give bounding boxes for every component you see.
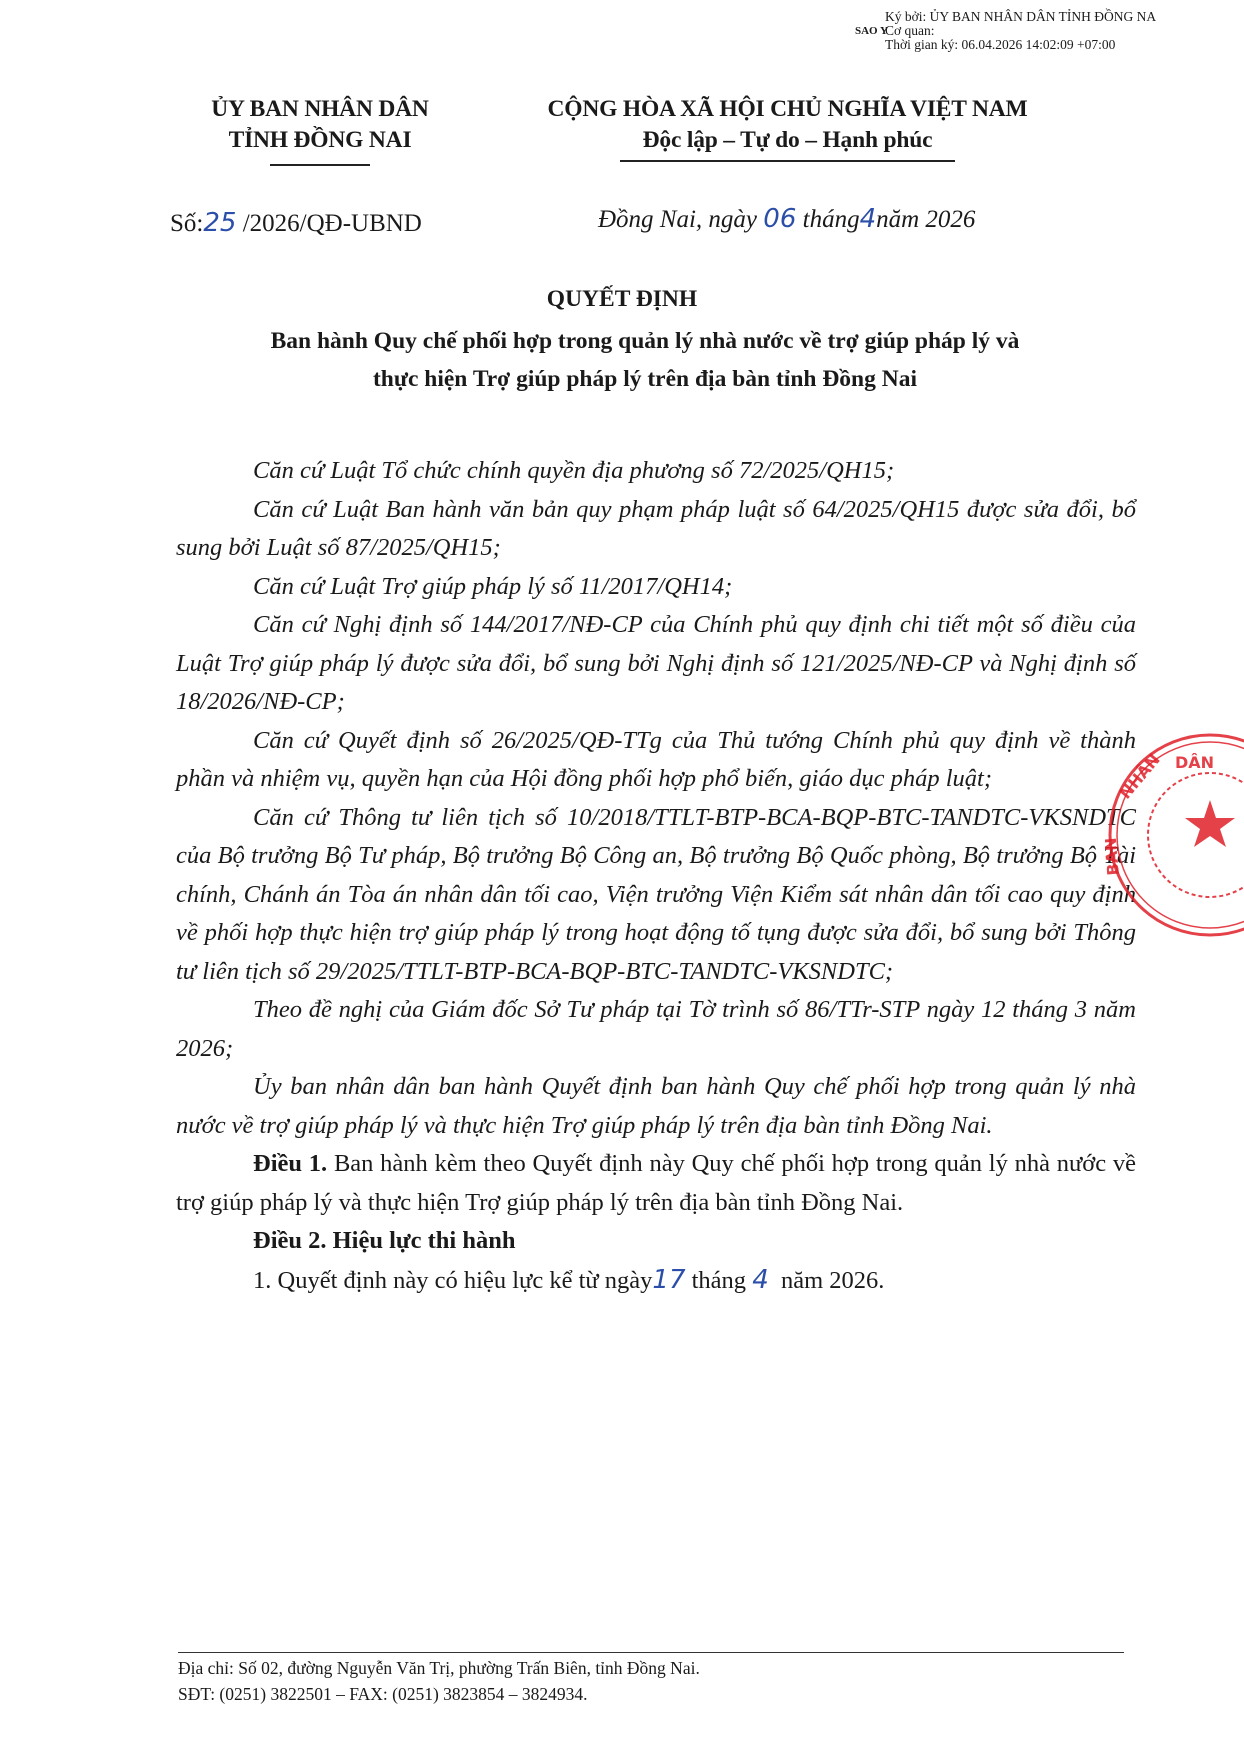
motto: Độc lập – Tự do – Hạnh phúc [475,125,1100,156]
article-2-clause-1: 1. Quyết định này có hiệu lực kể từ ngày… [176,1261,1136,1301]
svg-text:DÂN: DÂN [1175,753,1214,772]
star-icon [1185,800,1235,847]
preamble-item: Căn cứ Quyết định số 26/2025/QĐ-TTg của … [176,722,1136,799]
issuer-line-2: TỈNH ĐỒNG NAI [170,125,470,156]
preamble-item: Căn cứ Luật Trợ giúp pháp lý số 11/2017/… [176,568,1136,607]
issuer-underline [270,164,370,166]
handwritten-effective-month: 4 [752,1265,769,1295]
svg-text:BAN: BAN [1105,837,1123,876]
handwritten-effective-day: 17 [652,1265,685,1295]
handwritten-number: 25 [203,208,236,238]
article-1: Điều 1. Ban hành kèm theo Quyết định này… [176,1145,1136,1222]
svg-text:NHÂN: NHÂN [1116,750,1164,802]
footer-address: Địa chỉ: Số 02, đường Nguyễn Văn Trị, ph… [178,1655,700,1681]
signed-by-line: Ký bởi: ỦY BAN NHÂN DÂN TỈNH ĐỒNG NA [885,10,1244,24]
document-body: Căn cứ Luật Tổ chức chính quyền địa phươ… [176,452,1136,1300]
footer-divider [178,1652,1124,1653]
document-number: Số:25 /2026/QĐ-UBND [170,208,422,238]
preamble-item: Ủy ban nhân dân ban hành Quyết định ban … [176,1068,1136,1145]
nation-name: CỘNG HÒA XÃ HỘI CHỦ NGHĨA VIỆT NAM [475,94,1100,125]
preamble-item: Căn cứ Luật Tổ chức chính quyền địa phươ… [176,452,1136,491]
document-title: QUYẾT ĐỊNH [0,286,1244,313]
issue-date: Đồng Nai, ngày 06 tháng4năm 2026 [598,204,975,234]
handwritten-day: 06 [763,204,796,234]
footer-phone: SĐT: (0251) 3822501 – FAX: (0251) 382385… [178,1681,700,1707]
national-motto-block: CỘNG HÒA XÃ HỘI CHỦ NGHĨA VIỆT NAM Độc l… [475,94,1100,162]
signed-time-line: Thời gian ký: 06.04.2026 14:02:09 +07:00 [885,38,1244,52]
issuer-block: ỦY BAN NHÂN DÂN TỈNH ĐỒNG NAI [170,94,470,166]
document-subtitle: Ban hành Quy chế phối hợp trong quản lý … [150,322,1140,398]
digital-signature-block: SAO Y Ký bởi: ỦY BAN NHÂN DÂN TỈNH ĐỒNG … [885,10,1244,52]
preamble-item: Căn cứ Luật Ban hành văn bản quy phạm ph… [176,491,1136,568]
preamble-item: Căn cứ Nghị định số 144/2017/NĐ-CP của C… [176,606,1136,722]
article-1-label: Điều 1. [253,1150,327,1177]
preamble-item: Theo đề nghị của Giám đốc Sở Tư pháp tại… [176,991,1136,1068]
preamble-item: Căn cứ Thông tư liên tịch số 10/2018/TTL… [176,799,1136,992]
copy-label: SAO Y [855,24,888,38]
signed-time-value: 06.04.2026 14:02:09 +07:00 [962,37,1116,52]
article-2-heading: Điều 2. Hiệu lực thi hành [176,1222,1136,1261]
agency-line: Cơ quan: [885,24,1244,38]
issuer-line-1: ỦY BAN NHÂN DÂN [170,94,470,125]
official-seal-stamp: DÂN NHÂN BAN [1105,730,1244,940]
motto-underline [620,160,955,162]
handwritten-month: 4 [860,204,877,234]
signed-by-value: ỦY BAN NHÂN DÂN TỈNH ĐỒNG NA [930,9,1157,24]
document-footer: Địa chỉ: Số 02, đường Nguyễn Văn Trị, ph… [178,1655,700,1707]
